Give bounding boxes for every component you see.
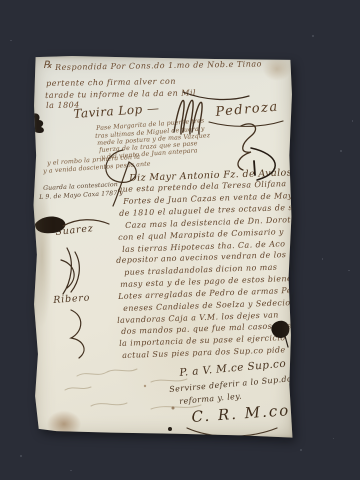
closing-block-line: P. a V. M.ce Sup.co bbox=[179, 359, 286, 379]
top-annotation-line: Respondida Por Cons.do 1.mo de Nob.e Tin… bbox=[55, 60, 262, 72]
dust-speck bbox=[352, 120, 353, 122]
main-body-line: Fortes de Juan Cazas en venta de Mayo bbox=[123, 192, 298, 206]
margin-date-line: Guarda la contestacion bbox=[43, 182, 118, 192]
margin-signatures-line: Suarez bbox=[55, 224, 94, 237]
dust-speck bbox=[10, 40, 12, 41]
main-body-line: las tierras Hipotecas tha. Ca. de Aco bbox=[122, 240, 286, 254]
closing-block-line: C. R. M.co bbox=[191, 403, 291, 425]
dust-speck bbox=[312, 35, 314, 37]
paper-surface: ℞Respondida Por Cons.do 1.mo de Nob.e Ti… bbox=[33, 56, 293, 438]
main-body-line: la importancia de su pase el ejercicio bbox=[119, 334, 286, 348]
main-body-line: eneses Candiales de Soelza y Sedecio bbox=[123, 299, 291, 313]
signature-row-line: Tavira Lop — bbox=[73, 102, 160, 120]
main-body-line: Lotes arregladas de Pedro de armas Peña bbox=[118, 287, 303, 301]
closing-block-line: Servirse deferir a lo Sup.do bbox=[169, 375, 293, 394]
left-note-line: y del viento de Juan antepara bbox=[101, 148, 198, 161]
handwriting-layer: ℞Respondida Por Cons.do 1.mo de Nob.e Ti… bbox=[33, 56, 293, 438]
left-note-line: y el rombo la primera con la bbox=[47, 155, 140, 168]
left-note-line: fuerza de la traza que se pase bbox=[99, 141, 198, 154]
dust-speck bbox=[20, 455, 22, 457]
main-body-line: Diz Mayr Antonio Fz. de Avalos y bbox=[129, 168, 301, 184]
margin-date-line: L 9. de Mayo Caxa 1787 y bbox=[39, 191, 123, 202]
dust-speck bbox=[70, 470, 72, 471]
main-body-line: masy esta y de les pago de estos bienes bbox=[120, 275, 297, 289]
manuscript-photo: ℞Respondida Por Cons.do 1.mo de Nob.e Ti… bbox=[0, 0, 360, 480]
dust-speck bbox=[333, 438, 334, 439]
closing-block-line: reforma y. ley. bbox=[179, 393, 242, 406]
signature-row-line: Pedroza bbox=[215, 100, 279, 118]
main-body-line: de 1810 el aluguel de tres octavas de se… bbox=[119, 203, 308, 218]
main-body-line: pues trasladandolas dicion no mas bbox=[124, 264, 277, 277]
dust-speck bbox=[340, 150, 342, 152]
main-body-line: dos mandos pa. que fue mal casos lute bbox=[121, 322, 293, 336]
paper-sheet: ℞Respondida Por Cons.do 1.mo de Nob.e Ti… bbox=[33, 56, 293, 438]
main-body-line: actual Sus pies para dos Sup.co pide bbox=[122, 346, 286, 360]
top-annotation-line: tarade tu informe de la da en Mil bbox=[45, 89, 196, 100]
top-annotation-line: la 1804 bbox=[46, 101, 80, 110]
main-body-line: que esta pretendo dela Teresa Olifana bbox=[117, 180, 287, 194]
left-note-line: tras ultimas de Miguel de fuera y bbox=[95, 126, 205, 140]
main-body-line: lavandoras Caja a V.M. los dejes van bbox=[117, 311, 279, 325]
dust-speck bbox=[300, 449, 302, 451]
main-body-line: con el qual Marapista de Comisario y bbox=[118, 228, 284, 242]
main-body-line: depositor ano avecinos vendran de los bbox=[116, 251, 286, 265]
margin-signatures-line: Ribero bbox=[53, 293, 91, 305]
top-annotation-line: pertente cho firma alver con bbox=[46, 78, 176, 88]
left-note-line: Pase Margarita de la puente tres bbox=[96, 118, 205, 132]
dust-speck bbox=[322, 258, 323, 260]
main-body-line: Caza mas la desistencia de Dn. Dorotado bbox=[125, 216, 307, 230]
left-note-line: mede la postura y de mas Vazquez bbox=[97, 133, 210, 147]
dust-speck bbox=[348, 270, 350, 271]
left-note-line: y a venida doscientos pesos ante bbox=[43, 161, 151, 175]
top-annotation-line: ℞ bbox=[43, 61, 53, 71]
